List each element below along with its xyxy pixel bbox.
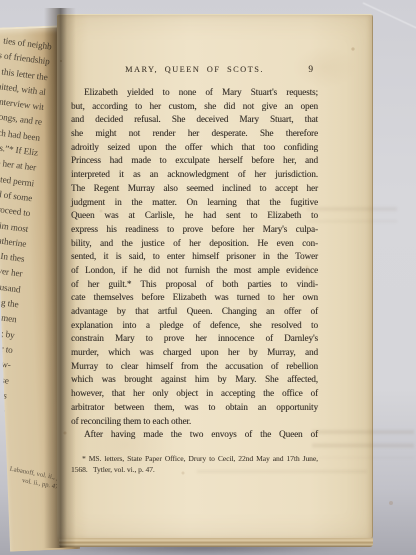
body-text-line: murder, which was charged upon her by Mu…: [71, 346, 318, 360]
body-text-line: After having made the two envoys of the …: [71, 428, 318, 442]
paragraph-1: Elizabeth yielded to none of Mary Stuart…: [71, 86, 318, 428]
body-text-line: Queen was at Carlisle, he had sent to El…: [71, 209, 318, 223]
body-text-line: judgment in the matter. On learning that…: [71, 196, 318, 210]
left-page-text-fragments: ties of neighbises of friendshipIn this …: [0, 25, 52, 434]
footnote-line: * MS. letters, State Paper Office, Drury…: [71, 454, 318, 465]
body-text-line: adroitly seized upon the offer which tha…: [71, 141, 318, 155]
page-stack-edge: [59, 538, 373, 547]
body-text-line: she might not render her desperate. She …: [71, 127, 318, 141]
page-number: 9: [308, 65, 313, 75]
body-text-line: The Regent Murray also seemed inclined t…: [71, 182, 318, 196]
body-text-line: Princess had made to exculpate herself b…: [71, 154, 318, 168]
body-text-line: and decided refusal. She deceived Mary S…: [71, 113, 318, 127]
body-text-line: explanation into a pledge of defence, sh…: [71, 319, 318, 333]
running-header-title: MARY, QUEEN OF SCOTS.: [71, 65, 318, 74]
body-text-line: however, that her only object in accepti…: [71, 387, 318, 401]
body-text-line: but, according to her custom, she did no…: [71, 100, 318, 114]
footnote-line: 1568. Tytler, vol. vi., p. 47.: [71, 465, 318, 476]
body-text-line: constrain Mary to prove her innocence of…: [71, 332, 318, 346]
book-page: MARY, QUEEN OF SCOTS. 9 Elizabeth yielde…: [57, 14, 373, 539]
body-text-line: of reconciling them to each other.: [71, 415, 318, 429]
body-text-line: cate themselves before Elizabeth was tur…: [71, 291, 318, 305]
body-text-line: sented, it is said, to enter himself pri…: [71, 250, 318, 264]
paragraph-2: After having made the two envoys of the …: [71, 428, 318, 442]
body-text-line: arbitrator between them, was to obtain a…: [71, 401, 318, 415]
body-text-line: express his readiness to prove before he…: [71, 223, 318, 237]
show-through-ghosting: [307, 207, 397, 222]
body-text-line: Murray to clear himself from the accusat…: [71, 360, 318, 374]
body-text-line: interpreted it as an acknowledgment of h…: [71, 168, 318, 182]
show-through-ghosting: [312, 430, 414, 458]
body-text: Elizabeth yielded to none of Mary Stuart…: [71, 86, 318, 442]
foxing-spots: [60, 60, 62, 62]
body-text-line: of her guilt.* This proposal of both par…: [71, 278, 318, 292]
book-photo: ties of neighbises of friendshipIn this …: [0, 0, 416, 555]
body-text-line: which was brought against him by Mary. S…: [71, 373, 318, 387]
body-text-line: of London, if he did not furnish the mos…: [71, 264, 318, 278]
body-text-line: advantage by that artful Queen. Changing…: [71, 305, 318, 319]
body-text-line: bility, and the justice of her depositio…: [71, 237, 318, 251]
body-text-line: Elizabeth yielded to none of Mary Stuart…: [71, 86, 318, 100]
page-header: MARY, QUEEN OF SCOTS. 9: [71, 65, 318, 77]
footnote: * MS. letters, State Paper Office, Drury…: [71, 454, 318, 475]
